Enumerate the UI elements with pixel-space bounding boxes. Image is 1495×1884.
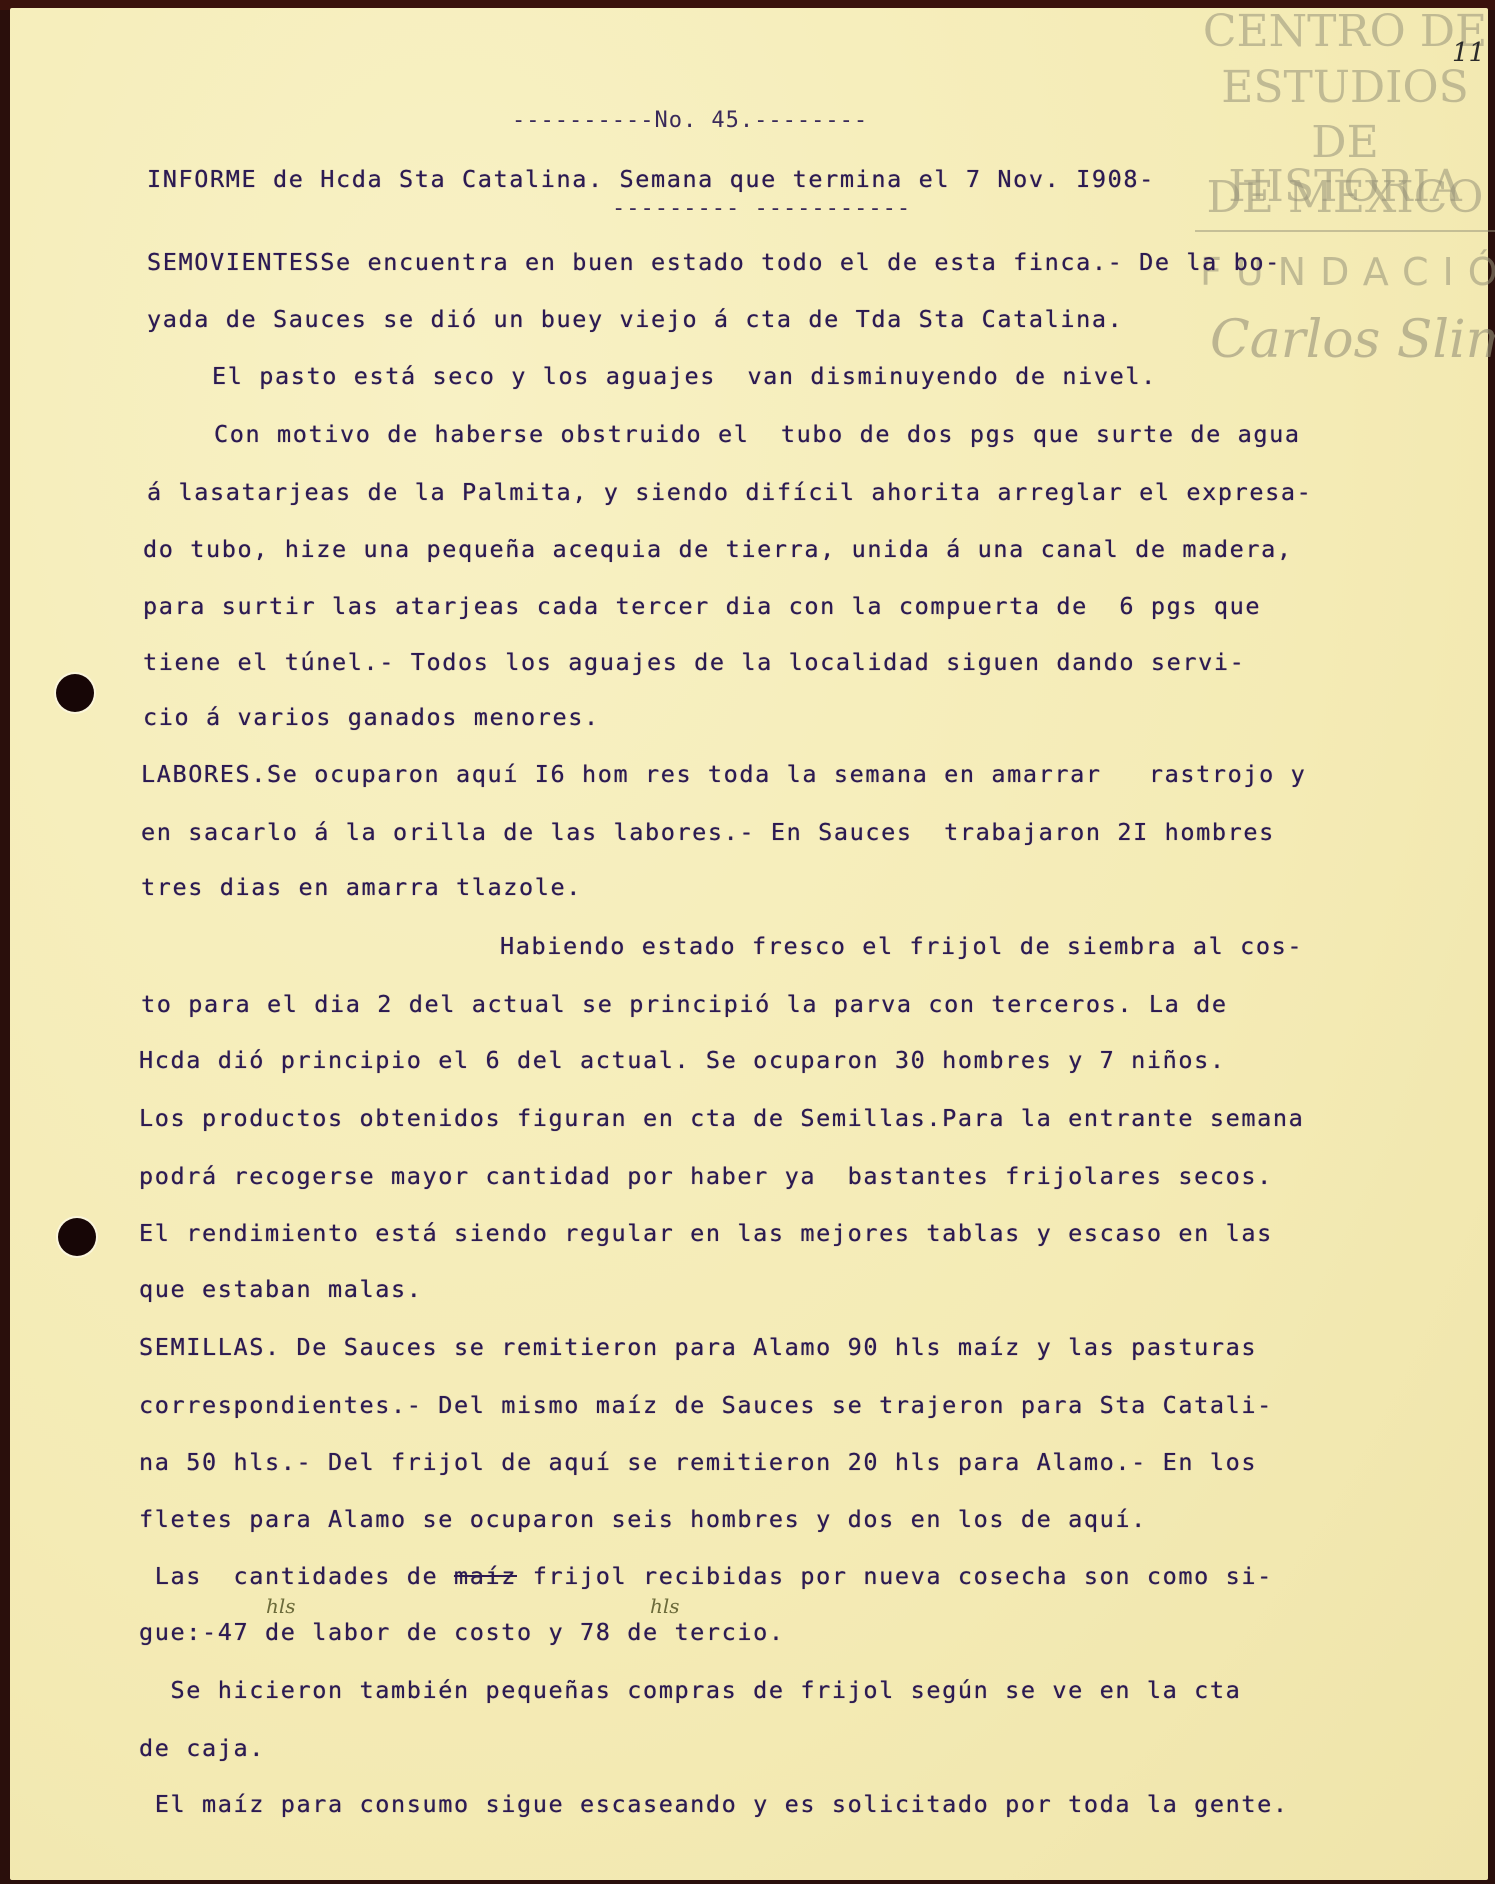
struck-word: maíz (454, 1562, 517, 1590)
body-line: que estaban malas. (139, 1275, 422, 1303)
body-line: tiene el túnel.- Todos los aguajes de la… (143, 648, 1245, 676)
handwritten-page-number: 11 (1452, 38, 1485, 68)
body-line: SEMOVIENTESSe encuentra en buen estado t… (147, 248, 1281, 276)
handwritten-annotation: hls (650, 1594, 680, 1618)
body-line: LABORES.Se ocuparon aquí I6 hom res toda… (141, 760, 1306, 788)
watermark-line: CENTRO DE (1195, 10, 1495, 54)
body-line: El pasto está seco y los aguajes van dis… (212, 362, 1157, 390)
body-line: Con motivo de haberse obstruido el tubo … (214, 420, 1301, 448)
body-line: SEMILLAS. De Sauces se remitieron para A… (139, 1333, 1257, 1361)
body-line: yada de Sauces se dió un buey viejo á ct… (147, 305, 1123, 333)
body-line: do tubo, hize una pequeña acequia de tie… (143, 535, 1293, 563)
body-line: na 50 hls.- Del frijol de aquí se remiti… (139, 1448, 1257, 1476)
body-line: El rendimiento está siendo regular en la… (139, 1219, 1273, 1247)
cantidades-prefix: Las cantidades de (139, 1562, 454, 1590)
handwritten-annotation: hls (266, 1594, 296, 1618)
body-line: cio á varios ganados menores. (143, 703, 600, 731)
body-line-cantidades: Las cantidades de maíz frijol recibidas … (139, 1562, 1273, 1590)
body-line: gue:-47 de labor de costo y 78 de tercio… (139, 1618, 785, 1646)
body-line: á lasatarjeas de la Palmita, y siendo di… (147, 478, 1312, 506)
body-line: fletes para Alamo se ocuparon seis hombr… (139, 1505, 1147, 1533)
watermark-line: ESTUDIOS (1195, 66, 1495, 110)
cantidades-suffix: frijol recibidas por nueva cosecha son c… (517, 1562, 1273, 1590)
body-line: tres dias en amarra tlazole. (141, 873, 582, 901)
body-line: Los productos obtenidos figuran en cta d… (139, 1104, 1304, 1132)
report-title: INFORME de Hcda Sta Catalina. Semana que… (147, 165, 1155, 193)
body-line: to para el dia 2 del actual se principió… (141, 990, 1228, 1018)
body-line: para surtir las atarjeas cada tercer dia… (143, 592, 1261, 620)
body-line: Se hicieron también pequeñas compras de … (139, 1676, 1241, 1704)
punch-hole (56, 674, 94, 712)
body-line: correspondientes.- Del mismo maíz de Sau… (139, 1391, 1273, 1419)
body-line: en sacarlo á la orilla de las labores.- … (141, 818, 1275, 846)
body-line: podrá recogerse mayor cantidad por haber… (139, 1162, 1273, 1190)
punch-hole (58, 1218, 96, 1256)
report-number: ----------No. 45.-------- (512, 108, 868, 133)
watermark-line: DE MEXICO (1195, 176, 1495, 220)
body-line: Habiendo estado fresco el frijol de siem… (500, 932, 1303, 960)
body-line: El maíz para consumo sigue escaseando y … (139, 1790, 1289, 1818)
body-line: Hcda dió principio el 6 del actual. Se o… (139, 1046, 1226, 1074)
watermark-signature: Carlos Slim (1210, 310, 1495, 370)
body-line: de caja. (139, 1734, 265, 1762)
title-underline: --------- ----------- (612, 196, 911, 221)
watermark-divider (1195, 230, 1495, 232)
